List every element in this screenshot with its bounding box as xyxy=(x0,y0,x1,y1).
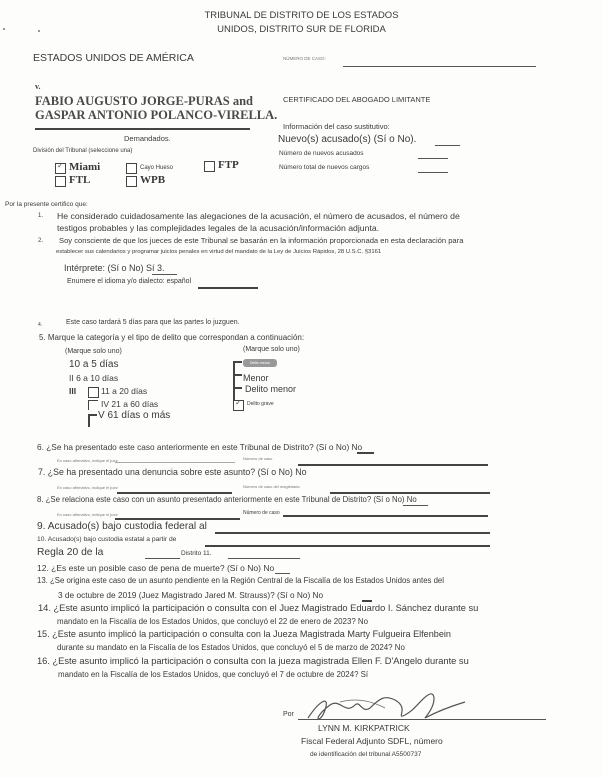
court-name-line2: UNIDOS, DISTRITO SUR DE FLORIDA xyxy=(0,24,603,35)
defendant-line2: GASPAR ANTONIO POLANCO-VIRELLA. xyxy=(35,108,277,123)
num-new-charges-field[interactable] xyxy=(418,172,448,173)
question-6: 6. ¿Se ha presentado este caso anteriorm… xyxy=(37,442,362,452)
caption-divider xyxy=(35,128,250,130)
court-name-line1: TRIBUNAL DE DISTRITO DE LOS ESTADOS xyxy=(0,10,603,21)
question-8-judge-field[interactable] xyxy=(115,518,240,520)
mark-one-left: (Marque solo uno) xyxy=(65,348,122,355)
offense-petty-label: Delito menor xyxy=(243,359,277,367)
category-ii: II 6 a 10 días xyxy=(69,373,118,383)
question-6-answer-field[interactable] xyxy=(357,452,374,454)
division-ftl-label: FTL xyxy=(69,174,90,186)
division-key-west-checkbox[interactable] xyxy=(126,163,137,174)
question-11-field[interactable] xyxy=(228,558,300,559)
versus: v. xyxy=(35,82,41,91)
question-8-answer-field[interactable] xyxy=(403,505,428,506)
question-8-case-field[interactable] xyxy=(283,515,488,517)
question-6-judge-field[interactable] xyxy=(115,462,235,463)
signer-title: Fiscal Federal Adjunto SDFL, número xyxy=(301,736,443,746)
certify-intro: Por la presente certifico que: xyxy=(5,201,88,208)
question-7-judge-field[interactable] xyxy=(117,492,232,494)
offense-minor-checkbox[interactable] xyxy=(233,374,242,387)
division-wpb-checkbox[interactable] xyxy=(126,176,137,187)
offense-misdemeanor-label: Delito menor xyxy=(245,384,296,394)
offense-felony-checkbox[interactable] xyxy=(233,400,244,411)
signer-name: LYNN M. KIRKPATRICK xyxy=(318,723,410,733)
question-16-line1: 16. ¿Este asunto implicó la participació… xyxy=(37,656,469,666)
question-10-field[interactable] xyxy=(205,545,490,547)
question-8-judge-label: En caso afirmativo, indique el juez xyxy=(57,512,118,517)
num-new-charges-label: Número total de nuevos cargos xyxy=(279,164,369,171)
division-ftp-label: FTP xyxy=(218,159,239,171)
question-13-line2: 3 de octubre de 2019 (Juez Magistrado Ja… xyxy=(58,590,323,600)
question-15-line1: 15. ¿Este asunto implicó la participació… xyxy=(37,629,451,639)
language-field[interactable] xyxy=(198,287,258,289)
question-6-case-field[interactable] xyxy=(298,464,488,466)
question-7-case-label: Número de caso del magistrado xyxy=(243,484,300,489)
item2-line2: establecer sus calendarios y programar j… xyxy=(56,249,381,255)
division-ftl-checkbox[interactable] xyxy=(55,176,66,187)
category-iii-numeral: III xyxy=(69,386,76,396)
item1-number: 1. xyxy=(38,213,43,219)
new-defendants-question: Nuevo(s) acusado(s) (Sí o No). xyxy=(278,134,416,145)
category-iii-checkbox[interactable] xyxy=(88,387,99,398)
question-10: 10. Acusado(s) bajo custodia estatal a p… xyxy=(37,536,176,543)
num-new-defendants-label: Número de nuevos acusados xyxy=(279,150,364,157)
division-miami-label: Miami xyxy=(69,161,100,173)
category-v-checkbox[interactable] xyxy=(88,414,97,427)
item1-line1: He considerado cuidadosamente las alegac… xyxy=(57,211,460,221)
new-defendants-field[interactable] xyxy=(435,145,460,146)
question-14-line2: mandato en la Fiscalía de los Estados Un… xyxy=(57,617,368,626)
question-9: 9. Acusado(s) bajo custodia federal al xyxy=(37,521,207,532)
item2-line1: Soy consciente de que los jueces de este… xyxy=(59,236,463,245)
division-ftp-checkbox[interactable] xyxy=(204,161,215,172)
category-iv-checkbox[interactable] xyxy=(88,400,98,410)
signer-bar-id: de identificación del tribunal A5500737 xyxy=(310,751,421,758)
item4-text: Este caso tardará 5 días para que las pa… xyxy=(66,319,240,326)
question-12-answer-field[interactable] xyxy=(275,573,290,574)
division-miami-checkbox[interactable] xyxy=(55,163,66,174)
division-key-west-label: Cayo Hueso xyxy=(140,165,173,171)
question-13-line1: 13. ¿Se origina este caso de un asunto p… xyxy=(37,576,444,585)
rule-20-label: Regla 20 de la xyxy=(37,547,103,558)
question-12: 12. ¿Es este un posible caso de pena de … xyxy=(37,563,274,573)
division-label: División del Tribunal (seleccione una) xyxy=(33,148,132,154)
category-i: 10 a 5 días xyxy=(69,359,118,370)
defendants-label: Demandados. xyxy=(124,134,171,143)
interpreter-question: Intérprete: (Sí o No) Sí 3. xyxy=(64,263,165,273)
rule-20-field[interactable] xyxy=(145,558,180,559)
item4-number: 4. xyxy=(38,322,42,328)
item5-text: 5. Marque la categoría y el tipo de deli… xyxy=(39,333,304,342)
category-v-label: V 61 días o más xyxy=(98,410,170,421)
question-7-case-field[interactable] xyxy=(330,492,490,494)
item2-number: 2. xyxy=(38,238,43,244)
question-6-case-label: Número de caso xyxy=(243,456,272,461)
offense-felony-label: Delito grave xyxy=(247,401,274,407)
question-6-judge-label: En caso afirmativo, indique el juez xyxy=(57,458,118,463)
question-7: 7. ¿Se ha presentado una denuncia sobre … xyxy=(38,467,306,477)
question-15-line2: durante su mandato en la Fiscalía de los… xyxy=(57,643,405,652)
question-8: 8. ¿Se relaciona este caso con un asunto… xyxy=(37,495,417,504)
superseding-info-label: Información del caso sustitutivo: xyxy=(283,122,390,131)
case-number-field[interactable] xyxy=(343,66,536,67)
language-label: Enumere el idioma y/o dialecto: español xyxy=(67,278,191,285)
question-8-case-label: Número de caso xyxy=(243,510,280,516)
signature-by-label: Por xyxy=(283,711,294,718)
division-wpb-label: WPB xyxy=(140,174,165,186)
question-14-line1: 14. ¿Este asunto implicó la participació… xyxy=(38,603,478,613)
case-number-label: NÚMERO DE CASO: xyxy=(283,56,326,61)
question-7-judge-label: En caso afirmativo, indique el juez xyxy=(57,485,118,490)
certificate-title: CERTIFICADO DEL ABOGADO LIMITANTE xyxy=(283,95,430,104)
interpreter-field[interactable] xyxy=(152,274,177,275)
question-16-line2: mandato en la Fiscalía de los Estados Un… xyxy=(58,670,368,679)
num-new-defendants-field[interactable] xyxy=(418,158,448,159)
offense-minor-label: Menor xyxy=(243,373,269,383)
question-9-field[interactable] xyxy=(215,532,490,534)
mark-one-right: (Marque solo uno) xyxy=(243,346,300,353)
defendant-line1: FABIO AUGUSTO JORGE-PURAS and xyxy=(35,94,253,109)
signature-line[interactable] xyxy=(298,719,546,720)
category-iv-label: IV 21 a 60 días xyxy=(101,399,158,409)
item1-line2: testigos probables y las complejidades l… xyxy=(57,223,379,233)
plaintiff-name: ESTADOS UNIDOS DE AMÉRICA xyxy=(33,52,194,64)
district-11-label: Distrito 11. xyxy=(181,550,212,557)
question-13-answer-field[interactable] xyxy=(362,600,372,602)
category-iii-label: 11 a 20 días xyxy=(101,386,147,396)
